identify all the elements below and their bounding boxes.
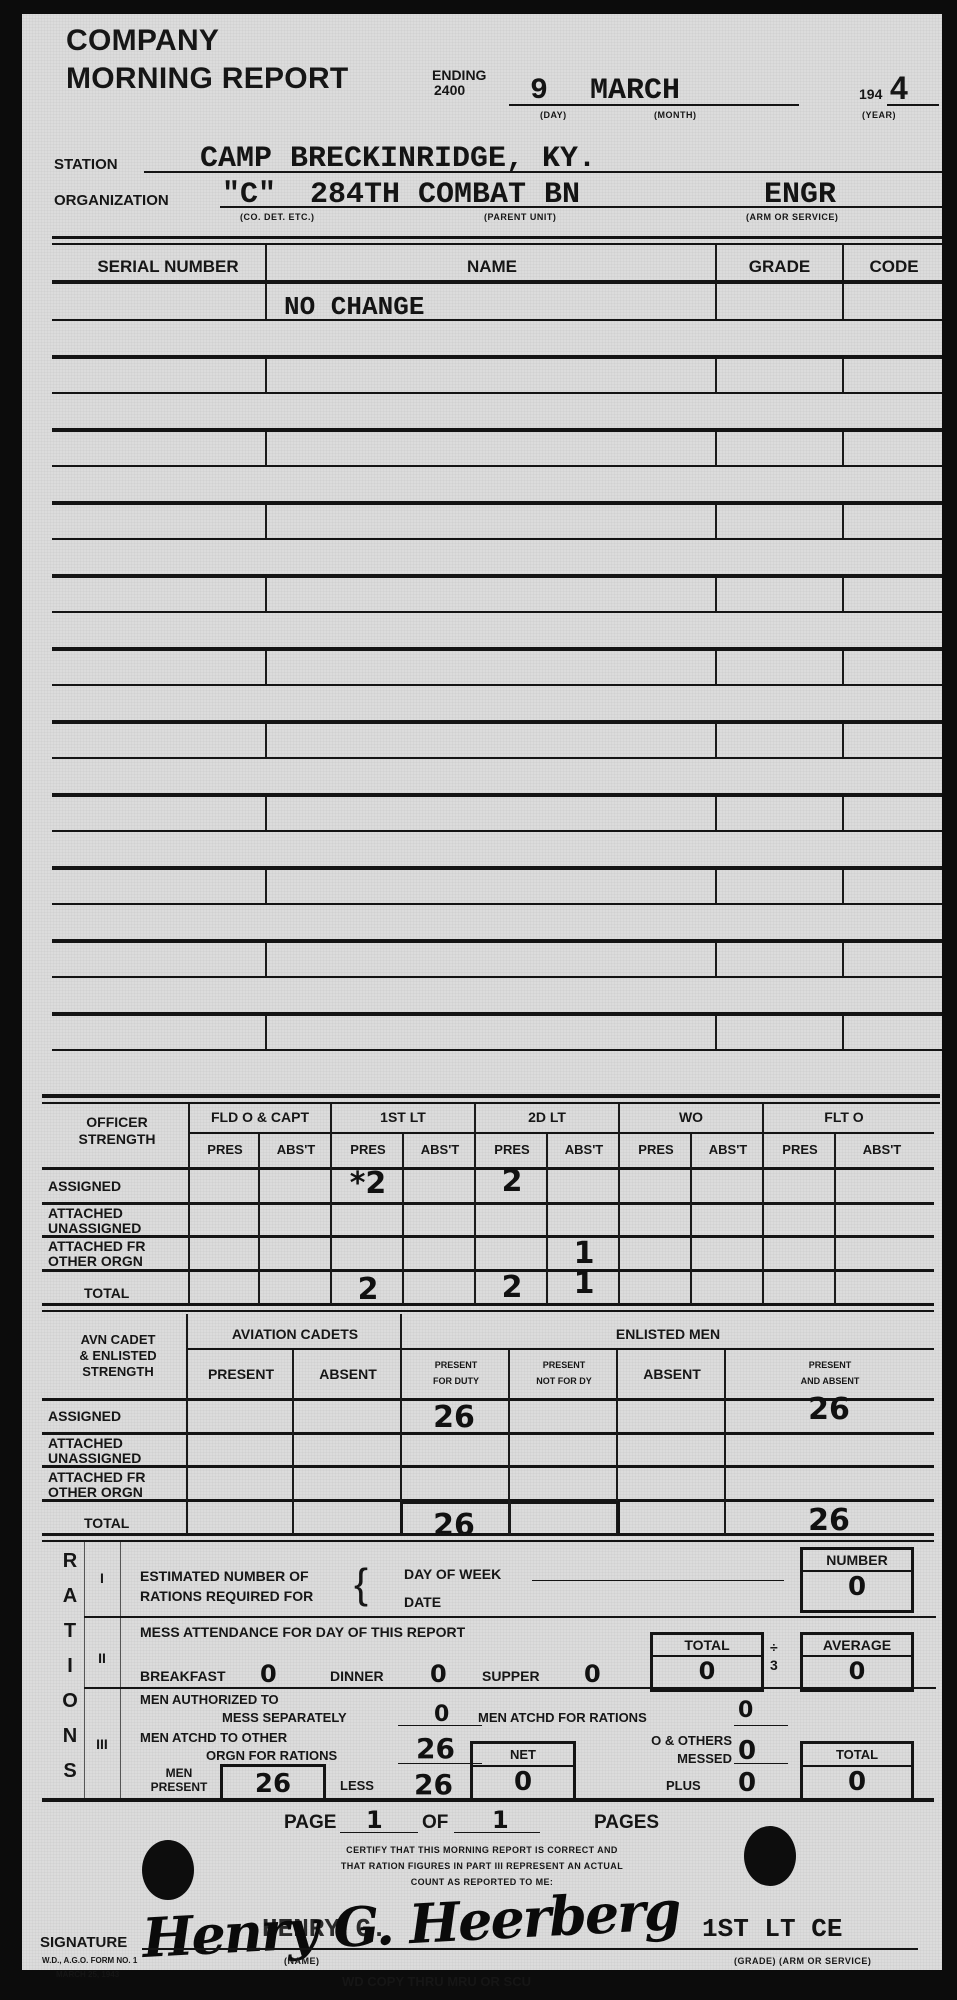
sub-cadets-present: PRESENT: [188, 1366, 294, 1382]
form-date: MARCH 25, 1943: [56, 1970, 119, 1979]
officer-row-line: [42, 1310, 934, 1312]
officer-group-fld: FLD O & CAPT: [190, 1109, 330, 1125]
col-sep: [715, 1016, 717, 1049]
atchd-other-label-1: MEN ATCHD TO OTHER: [140, 1730, 287, 1745]
officer-group-underline: [190, 1132, 934, 1134]
station-underline: [144, 171, 942, 173]
grid-line: [52, 793, 942, 797]
col-sep: [715, 578, 717, 611]
ending-label: ENDING 2400: [432, 68, 486, 98]
sub-label-2: FOR DUTY: [402, 1373, 510, 1389]
enlisted-group-underline: [188, 1348, 934, 1350]
section-i-label: ESTIMATED NUMBER OF RATIONS REQUIRED FOR: [140, 1566, 313, 1606]
men-present-box: 26: [220, 1764, 326, 1801]
row-label-2: UNASSIGNED: [48, 1451, 141, 1466]
col-sep: [265, 505, 267, 538]
certify-line-2: THAT RATION FIGURES IN PART III REPRESEN…: [262, 1858, 702, 1874]
mess-total-box: TOTAL 0: [650, 1632, 764, 1692]
enlisted-title-2: & ENLISTED: [50, 1348, 186, 1364]
col-sep: [715, 943, 717, 976]
officer-total-2d-lt-pres: 2: [476, 1270, 548, 1305]
day-value: 9: [530, 74, 548, 108]
day-caption: (DAY): [540, 110, 567, 120]
col-sep: [715, 797, 717, 830]
officer-col-sep: [258, 1134, 260, 1304]
ending-label-1: ENDING: [432, 68, 486, 83]
section-iii-numeral: III: [84, 1736, 120, 1752]
col-sep: [265, 359, 267, 392]
subheader-abst: ABS'T: [548, 1142, 620, 1157]
year-caption: (YEAR): [862, 110, 896, 120]
col-sep: [842, 1016, 844, 1049]
enlisted-total-box-divider: [508, 1501, 511, 1535]
officer-title-1: OFFICER: [50, 1114, 184, 1131]
date-label: DATE: [404, 1594, 441, 1610]
enlisted-row-line: [42, 1465, 934, 1468]
grid-line: [52, 392, 942, 394]
grid-line: [52, 428, 942, 432]
divisor-value: 3: [770, 1656, 778, 1674]
net-label: NET: [473, 1744, 573, 1767]
day-of-week-label: DAY OF WEEK: [404, 1566, 501, 1582]
grid-line: [52, 538, 942, 540]
atchd-for-rations-value: 0: [738, 1698, 753, 1723]
service-caption: (ARM OR SERVICE): [746, 212, 838, 222]
col-sep: [265, 245, 267, 280]
of-label: OF: [422, 1812, 448, 1834]
officer-group-1st-lt: 1ST LT: [332, 1109, 474, 1125]
row-label-1: ATTACHED: [48, 1206, 141, 1221]
sub-present-and-absent: PRESENT AND ABSENT: [726, 1357, 934, 1389]
enlisted-assigned-present-and-absent: 26: [724, 1392, 934, 1427]
enlisted-total-present-and-absent: 26: [724, 1503, 934, 1538]
officer-col-sep: [188, 1104, 190, 1304]
col-sep: [842, 359, 844, 392]
auth-label-1: MEN AUTHORIZED TO: [140, 1692, 279, 1707]
grid-line: [52, 757, 942, 759]
grid-line: [52, 866, 942, 870]
men-present-value: 26: [223, 1767, 323, 1801]
sub-em-absent: ABSENT: [618, 1366, 726, 1382]
section-i-label-1: ESTIMATED NUMBER OF: [140, 1566, 313, 1586]
col-sep: [715, 359, 717, 392]
atchd-for-rations-underline: [734, 1725, 788, 1726]
ending-label-2: 2400: [432, 83, 486, 98]
less-value: 26: [414, 1768, 453, 1801]
page-value: 1: [366, 1806, 383, 1834]
officer-group-flt-o: FLT O: [764, 1109, 924, 1125]
row-label-2: OTHER ORGN: [48, 1485, 145, 1500]
grid-line: [52, 830, 942, 832]
col-header-grade: GRADE: [717, 257, 842, 277]
grid-line: [52, 611, 942, 613]
others-label-1: O & OTHERS: [622, 1732, 732, 1750]
col-sep: [715, 870, 717, 903]
subheader-abst: ABS'T: [404, 1142, 476, 1157]
grid-top-line-b: [52, 243, 942, 245]
officer-col-sep: [690, 1134, 692, 1304]
officer-total-2d-lt-abst: 1: [548, 1266, 620, 1301]
col-sep: [265, 870, 267, 903]
section-i-label-2: RATIONS REQUIRED FOR: [140, 1586, 313, 1606]
sub-label-2: AND ABSENT: [726, 1373, 934, 1389]
subheader-abst: ABS'T: [836, 1142, 928, 1157]
group-aviation-cadets: AVIATION CADETS: [188, 1326, 402, 1342]
officer-group-2d-lt: 2D LT: [476, 1109, 618, 1125]
signer-grade-service: 1ST LT CE: [702, 1914, 842, 1944]
personnel-entry-name: NO CHANGE: [284, 292, 424, 322]
enlisted-row-assigned: ASSIGNED: [48, 1409, 121, 1424]
auth-value: 0: [434, 1702, 449, 1727]
enlisted-title-1: AVN CADET: [50, 1332, 186, 1348]
day-of-week-underline: [532, 1580, 784, 1581]
sub-label-2: NOT FOR DY: [510, 1373, 618, 1389]
atchd-other-value: 26: [416, 1732, 455, 1765]
officer-group-wo: WO: [620, 1109, 762, 1125]
certify-line-1: CERTIFY THAT THIS MORNING REPORT IS CORR…: [262, 1842, 702, 1858]
organization-underline: [220, 206, 942, 208]
plus-value: 0: [738, 1768, 756, 1798]
number-label: NUMBER: [803, 1550, 911, 1572]
pages-value: 1: [492, 1806, 509, 1834]
supper-label: SUPPER: [482, 1668, 540, 1684]
sub-present-not-for-duty: PRESENT NOT FOR DY: [510, 1357, 618, 1389]
officer-top-line-a: [42, 1094, 940, 1098]
brace-icon: {: [354, 1560, 368, 1608]
enlisted-strength-title: AVN CADET & ENLISTED STRENGTH: [50, 1332, 186, 1380]
officer-row-line: [42, 1202, 934, 1205]
officer-top-line-b: [42, 1102, 940, 1104]
parent-caption: (PARENT UNIT): [484, 212, 556, 222]
dinner-value: 0: [430, 1660, 447, 1688]
net-value: 0: [473, 1767, 573, 1797]
grid-line: [52, 319, 942, 321]
grid-top-line-a: [52, 236, 942, 239]
enlisted-title-3: STRENGTH: [50, 1364, 186, 1380]
subheader-pres: PRES: [190, 1142, 260, 1157]
signature-underline: [142, 1948, 918, 1950]
month-value: MARCH: [590, 74, 680, 108]
rations-total-box: TOTAL 0: [800, 1741, 914, 1800]
subheader-pres: PRES: [620, 1142, 692, 1157]
sub-present-for-duty: PRESENT FOR DUTY: [402, 1357, 510, 1389]
officer-row-assigned: ASSIGNED: [48, 1179, 121, 1194]
net-box: NET 0: [470, 1741, 576, 1800]
sub-cadets-absent: ABSENT: [294, 1366, 402, 1382]
group-enlisted-men: ENLISTED MEN: [402, 1326, 934, 1342]
grid-line: [52, 647, 942, 651]
enlisted-row-attached-unassigned: ATTACHED UNASSIGNED: [48, 1436, 141, 1466]
mess-attendance-title: MESS ATTENDANCE FOR DAY OF THIS REPORT: [140, 1624, 465, 1640]
breakfast-value: 0: [260, 1660, 277, 1688]
atchd-for-rations-label: MEN ATCHD FOR RATIONS: [478, 1710, 647, 1725]
officer-row-attached-fr-other: ATTACHED FR OTHER ORGN: [48, 1239, 145, 1269]
col-sep: [265, 797, 267, 830]
men-present-label-2: PRESENT: [126, 1780, 232, 1794]
col-sep: [842, 797, 844, 830]
subheader-pres: PRES: [332, 1142, 404, 1157]
mess-average-label: AVERAGE: [803, 1635, 911, 1657]
grid-line: [52, 684, 942, 686]
grid-line: [52, 501, 942, 505]
row-label-2: UNASSIGNED: [48, 1221, 141, 1236]
col-sep: [842, 651, 844, 684]
month-caption: (MONTH): [654, 110, 697, 120]
col-sep: [842, 245, 844, 280]
mess-total-value: 0: [653, 1657, 761, 1685]
officer-col-sep: [762, 1104, 764, 1304]
men-present-label-1: MEN: [126, 1766, 232, 1780]
page-label: PAGE: [284, 1812, 336, 1834]
number-value: 0: [803, 1572, 911, 1602]
enlisted-assigned-present-for-duty: 26: [400, 1400, 508, 1435]
rations-section-line: [84, 1616, 936, 1618]
col-sep: [842, 284, 844, 319]
col-sep: [842, 724, 844, 757]
auth-label-2: MESS SEPARATELY: [222, 1710, 347, 1725]
grid-line: [52, 720, 942, 724]
officer-title-2: STRENGTH: [50, 1131, 184, 1148]
col-sep: [842, 943, 844, 976]
section-ii-numeral: II: [84, 1650, 120, 1666]
sub-label-1: PRESENT: [402, 1357, 510, 1373]
col-sep: [715, 651, 717, 684]
grid-line: [52, 939, 942, 943]
sub-label-1: PRESENT: [510, 1357, 618, 1373]
col-sep: [842, 578, 844, 611]
rations-col-sep: [120, 1542, 121, 1798]
col-sep: [715, 724, 717, 757]
co-caption: (CO. DET. ETC.): [240, 212, 315, 222]
enlisted-total-present-for-duty: 26: [400, 1508, 508, 1543]
name-caption: (NAME): [284, 1956, 320, 1966]
grid-line: [52, 355, 942, 359]
enlisted-col-sep: [186, 1314, 188, 1534]
officer-row-attached-unassigned: ATTACHED UNASSIGNED: [48, 1206, 141, 1236]
others-messed-label: O & OTHERS MESSED: [622, 1732, 732, 1768]
col-header-serial-number: SERIAL NUMBER: [54, 257, 282, 277]
col-sep: [842, 505, 844, 538]
men-present-label: MEN PRESENT: [126, 1766, 232, 1794]
mess-average-value: 0: [803, 1657, 911, 1685]
grid-line: [52, 1012, 942, 1016]
col-sep: [715, 245, 717, 280]
officer-row-line: [42, 1235, 934, 1238]
row-label-1: ATTACHED FR: [48, 1470, 145, 1485]
officer-strength-title: OFFICER STRENGTH: [50, 1114, 184, 1148]
morning-report-form: COMPANY MORNING REPORT ENDING 2400 9 MAR…: [22, 14, 942, 1970]
grade-caption: (GRADE) (ARM OR SERVICE): [734, 1956, 871, 1966]
mess-average-box: AVERAGE 0: [800, 1632, 914, 1692]
col-sep: [715, 284, 717, 319]
col-sep: [265, 651, 267, 684]
dinner-label: DINNER: [330, 1668, 384, 1684]
subheader-pres: PRES: [764, 1142, 836, 1157]
mess-total-label: TOTAL: [653, 1635, 761, 1657]
handwritten-signature: Henry G. Heerberg: [141, 1878, 681, 1970]
plus-label: PLUS: [666, 1778, 701, 1793]
enlisted-row-attached-fr-other: ATTACHED FR OTHER ORGN: [48, 1470, 145, 1500]
binder-hole-left: [142, 1840, 194, 1900]
row-label-1: ATTACHED: [48, 1436, 141, 1451]
form-title-line2: MORNING REPORT: [66, 62, 349, 96]
col-header-code: CODE: [844, 257, 944, 277]
grid-line: [52, 574, 942, 578]
subheader-abst: ABS'T: [260, 1142, 332, 1157]
grid-line: [52, 976, 942, 978]
others-value: 0: [738, 1736, 756, 1766]
officer-assigned-1st-lt-pres: *2: [332, 1166, 404, 1201]
officer-total-1st-lt-pres: 2: [332, 1272, 404, 1307]
officer-assigned-2d-lt-pres: 2: [476, 1164, 548, 1199]
station-label: STATION: [54, 156, 118, 173]
enlisted-col-sep: [292, 1350, 294, 1534]
grid-line: [52, 903, 942, 905]
officer-row-total: TOTAL: [84, 1286, 129, 1301]
pages-label: PAGES: [594, 1812, 659, 1834]
section-i-numeral: I: [84, 1570, 120, 1586]
form-title-line1: COMPANY: [66, 24, 219, 58]
divide-by-three: ÷ 3: [770, 1638, 778, 1674]
year-underline: [887, 104, 939, 106]
subheader-pres: PRES: [476, 1142, 548, 1157]
rations-total-value: 0: [803, 1767, 911, 1797]
col-sep: [265, 578, 267, 611]
col-sep: [265, 432, 267, 465]
binder-hole-right: [744, 1826, 796, 1886]
grid-line: [52, 465, 942, 467]
col-sep: [715, 432, 717, 465]
signature-label: SIGNATURE: [40, 1934, 127, 1951]
rations-total-label: TOTAL: [803, 1744, 911, 1767]
form-number: W.D., A.G.O. FORM NO. 1: [42, 1956, 137, 1965]
less-label: LESS: [340, 1778, 374, 1793]
col-sep: [842, 432, 844, 465]
row-label-2: OTHER ORGN: [48, 1254, 145, 1269]
col-sep: [265, 1016, 267, 1049]
row-label-1: ATTACHED FR: [48, 1239, 145, 1254]
col-sep: [265, 724, 267, 757]
col-sep: [265, 284, 267, 319]
breakfast-label: BREAKFAST: [140, 1668, 226, 1684]
atchd-other-label-2: ORGN FOR RATIONS: [206, 1748, 337, 1763]
grid-line: [52, 1049, 942, 1051]
sub-label-1: PRESENT: [726, 1357, 934, 1373]
supper-value: 0: [584, 1660, 601, 1688]
grid-line: [52, 280, 942, 284]
year-digit: 4: [890, 70, 908, 107]
copy-note: WD COPY THRU MRU OR SCU: [342, 1974, 531, 1989]
col-header-name: NAME: [267, 257, 717, 277]
ration-number-box: NUMBER 0: [800, 1547, 914, 1613]
enlisted-row-total: TOTAL: [84, 1516, 129, 1531]
others-label-2: MESSED: [622, 1750, 732, 1768]
year-prefix: 194: [859, 86, 882, 102]
divide-icon: ÷: [770, 1638, 778, 1656]
organization-label: ORGANIZATION: [54, 192, 169, 209]
col-sep: [265, 943, 267, 976]
col-sep: [842, 870, 844, 903]
col-sep: [715, 505, 717, 538]
officer-col-sep: [834, 1134, 836, 1304]
subheader-abst: ABS'T: [692, 1142, 764, 1157]
